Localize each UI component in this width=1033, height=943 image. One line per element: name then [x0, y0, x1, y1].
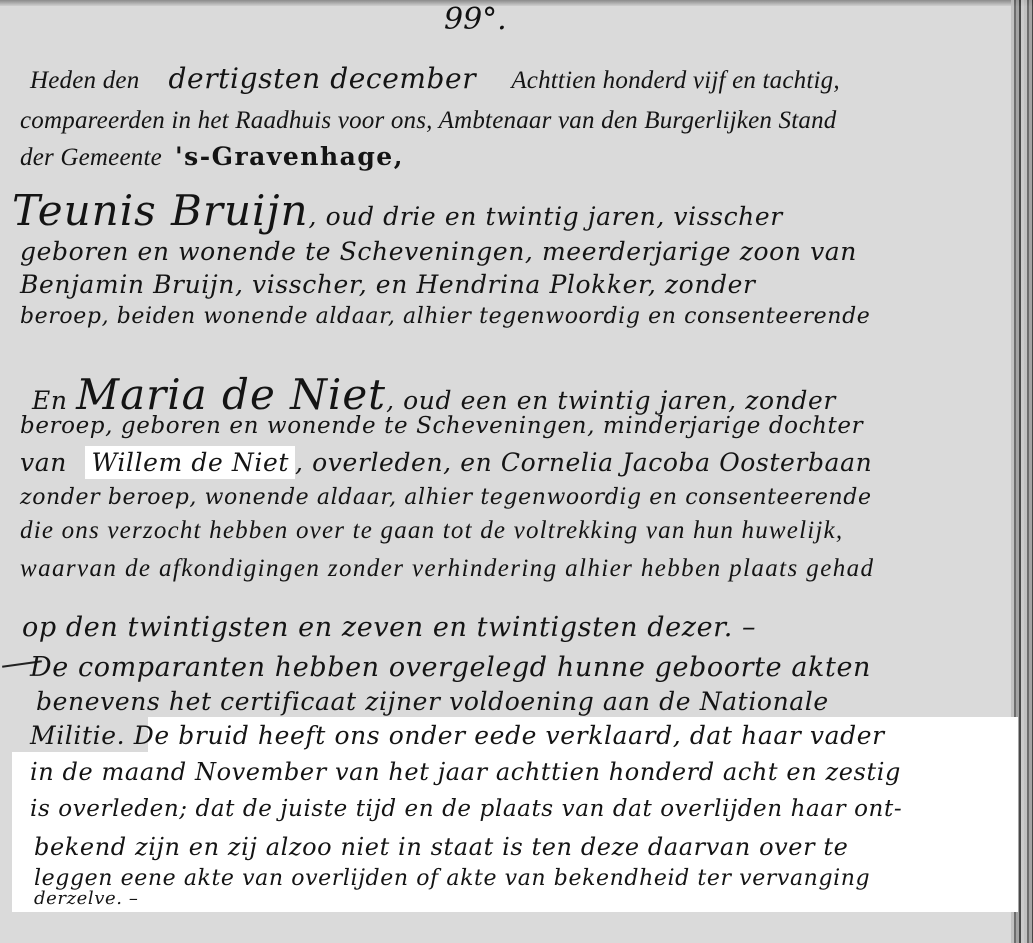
- record-line-4: Teunis Bruijn, oud drie en twintig jaren…: [12, 186, 783, 235]
- record-line-13: waarvan de afkondigingen zonder verhinde…: [20, 555, 874, 583]
- handwritten-text: , overleden, en Cornelia Jacoba Oosterba…: [295, 448, 872, 477]
- record-line-19: is overleden; dat de juiste tijd en de p…: [30, 796, 902, 822]
- handwritten-text: En: [32, 386, 68, 415]
- bride-father-name-highlight: Willem de Niet: [85, 446, 295, 479]
- record-line-12: die ons verzocht hebben over te gaan tot…: [20, 517, 843, 545]
- handwritten-text: , oud een en twintig jaren, zonder: [386, 386, 836, 415]
- record-line-15: De comparanten hebben overgelegd hunne g…: [30, 652, 871, 683]
- record-line-3: der Gemeente 's-Gravenhage,: [20, 142, 404, 172]
- record-line-5: geboren en wonende te Scheveningen, meer…: [20, 237, 857, 266]
- record-line-17: Militie. De bruid heeft ons onder eede v…: [30, 721, 885, 750]
- page-top-edge: [0, 0, 1033, 6]
- handwritten-text: , oud drie en twintig jaren, visscher: [309, 202, 783, 231]
- groom-name: Teunis Bruijn: [12, 186, 309, 235]
- record-line-14: op den twintigsten en zeven en twintigst…: [22, 612, 756, 643]
- record-line-18: in de maand November van het jaar achtti…: [30, 758, 901, 786]
- municipality-name: 's-Gravenhage,: [175, 142, 404, 171]
- record-line-22: derzelve. –: [34, 888, 139, 909]
- record-line-20: bekend zijn en zij alzoo niet in staat i…: [34, 833, 848, 861]
- record-line-1: Heden den dertigsten december Achttien h…: [30, 62, 840, 95]
- printed-text: der Gemeente: [20, 144, 162, 171]
- record-line-7: beroep, beiden wonende aldaar, alhier te…: [20, 304, 870, 329]
- scanned-register-page: 99°. Heden den dertigsten december Achtt…: [0, 0, 1033, 943]
- bride-name: Maria de Niet: [76, 370, 386, 419]
- record-line-16: benevens het certificaat zijner voldoeni…: [36, 687, 829, 716]
- record-line-10: van Willem de Niet, overleden, en Cornel…: [20, 448, 872, 477]
- printed-text: Heden den: [30, 67, 139, 94]
- record-line-9: beroep, geboren en wonende te Schevening…: [20, 413, 863, 439]
- printed-text: Achttien honderd vijf en tachtig,: [511, 67, 840, 94]
- handwritten-text: van: [20, 448, 67, 477]
- record-line-21: leggen eene akte van overlijden of akte …: [34, 866, 870, 891]
- record-line-2: compareerden in het Raadhuis voor ons, A…: [20, 107, 837, 135]
- page-number: 99°.: [444, 2, 507, 37]
- record-line-8: En Maria de Niet, oud een en twintig jar…: [32, 370, 836, 419]
- record-line-11: zonder beroep, wonende aldaar, alhier te…: [20, 485, 872, 510]
- record-line-6: Benjamin Bruijn, visscher, en Hendrina P…: [20, 270, 756, 299]
- handwritten-date: dertigsten december: [169, 62, 477, 95]
